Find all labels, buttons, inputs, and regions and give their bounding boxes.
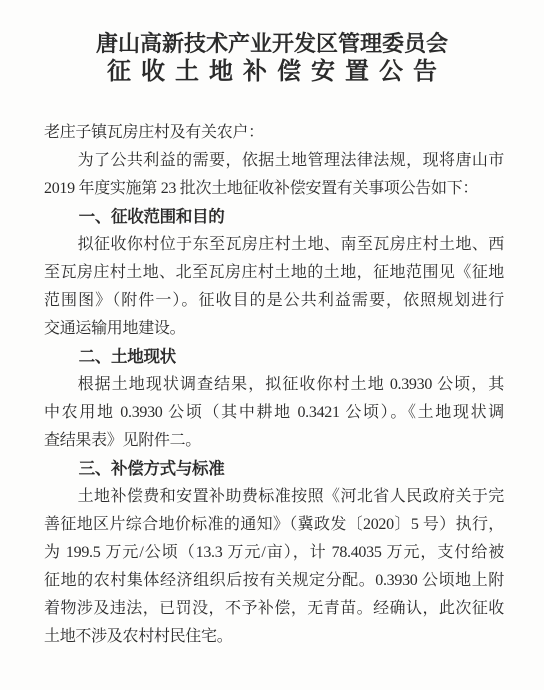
paragraph-line: 根据土地现状调查结果，拟征收你村土地 0.3930 公顷，其: [44, 371, 504, 399]
paragraph-line: 为了公共利益的需要，依据土地管理法律法规，现将唐山市: [44, 147, 504, 175]
section-3-heading: 三、补偿方式与标准: [44, 455, 504, 483]
paragraph-line: 拟征收你村位于东至瓦房庄村土地、南至瓦房庄村土地、西: [44, 231, 504, 259]
paragraph-line: 查结果表》见附件二。: [44, 427, 504, 455]
announcement-document: 唐山高新技术产业开发区管理委员会 征收土地补偿安置公告 老庄子镇瓦房庄村及有关农…: [0, 0, 544, 690]
paragraph-line: 范围图》（附件一）。征收目的是公共利益需要，依照规划进行: [44, 287, 504, 315]
paragraph-line: 中农用地 0.3930 公顷（其中耕地 0.3421 公顷）。《土地现状调: [44, 399, 504, 427]
paragraph-line: 土地不涉及农村村民住宅。: [44, 623, 504, 651]
paragraph-line: 至瓦房庄村土地、北至瓦房庄村土地的土地，征地范围见《征地: [44, 259, 504, 287]
paragraph-line: 善征地区片综合地价标准的通知》（冀政发〔2020〕5 号）执行，: [44, 511, 504, 539]
document-body: 老庄子镇瓦房庄村及有关农户： 为了公共利益的需要，依据土地管理法律法规，现将唐山…: [44, 119, 504, 651]
paragraph-line: 征地的农村集体经济组织后按有关规定分配。0.3930 公顷地上附: [44, 567, 504, 595]
paragraph-line: 为 199.5 万元/公顷（13.3 万元/亩），计 78.4035 万元，支付…: [44, 539, 504, 567]
section-2-heading: 二、土地现状: [44, 343, 504, 371]
document-title: 征收土地补偿安置公告: [0, 56, 544, 88]
paragraph-line: 着物涉及违法，已罚没，不予补偿，无青苗。经确认，此次征收: [44, 595, 504, 623]
paragraph-line: 2019 年度实施第 23 批次土地征收补偿安置有关事项公告如下：: [44, 175, 504, 203]
paragraph-line: 交通运输用地建设。: [44, 315, 504, 343]
salutation-line: 老庄子镇瓦房庄村及有关农户：: [44, 119, 504, 147]
section-1-heading: 一、征收范围和目的: [44, 203, 504, 231]
document-org-title: 唐山高新技术产业开发区管理委员会: [0, 30, 544, 58]
paragraph-line: 土地补偿费和安置补助费标准按照《河北省人民政府关于完: [44, 483, 504, 511]
